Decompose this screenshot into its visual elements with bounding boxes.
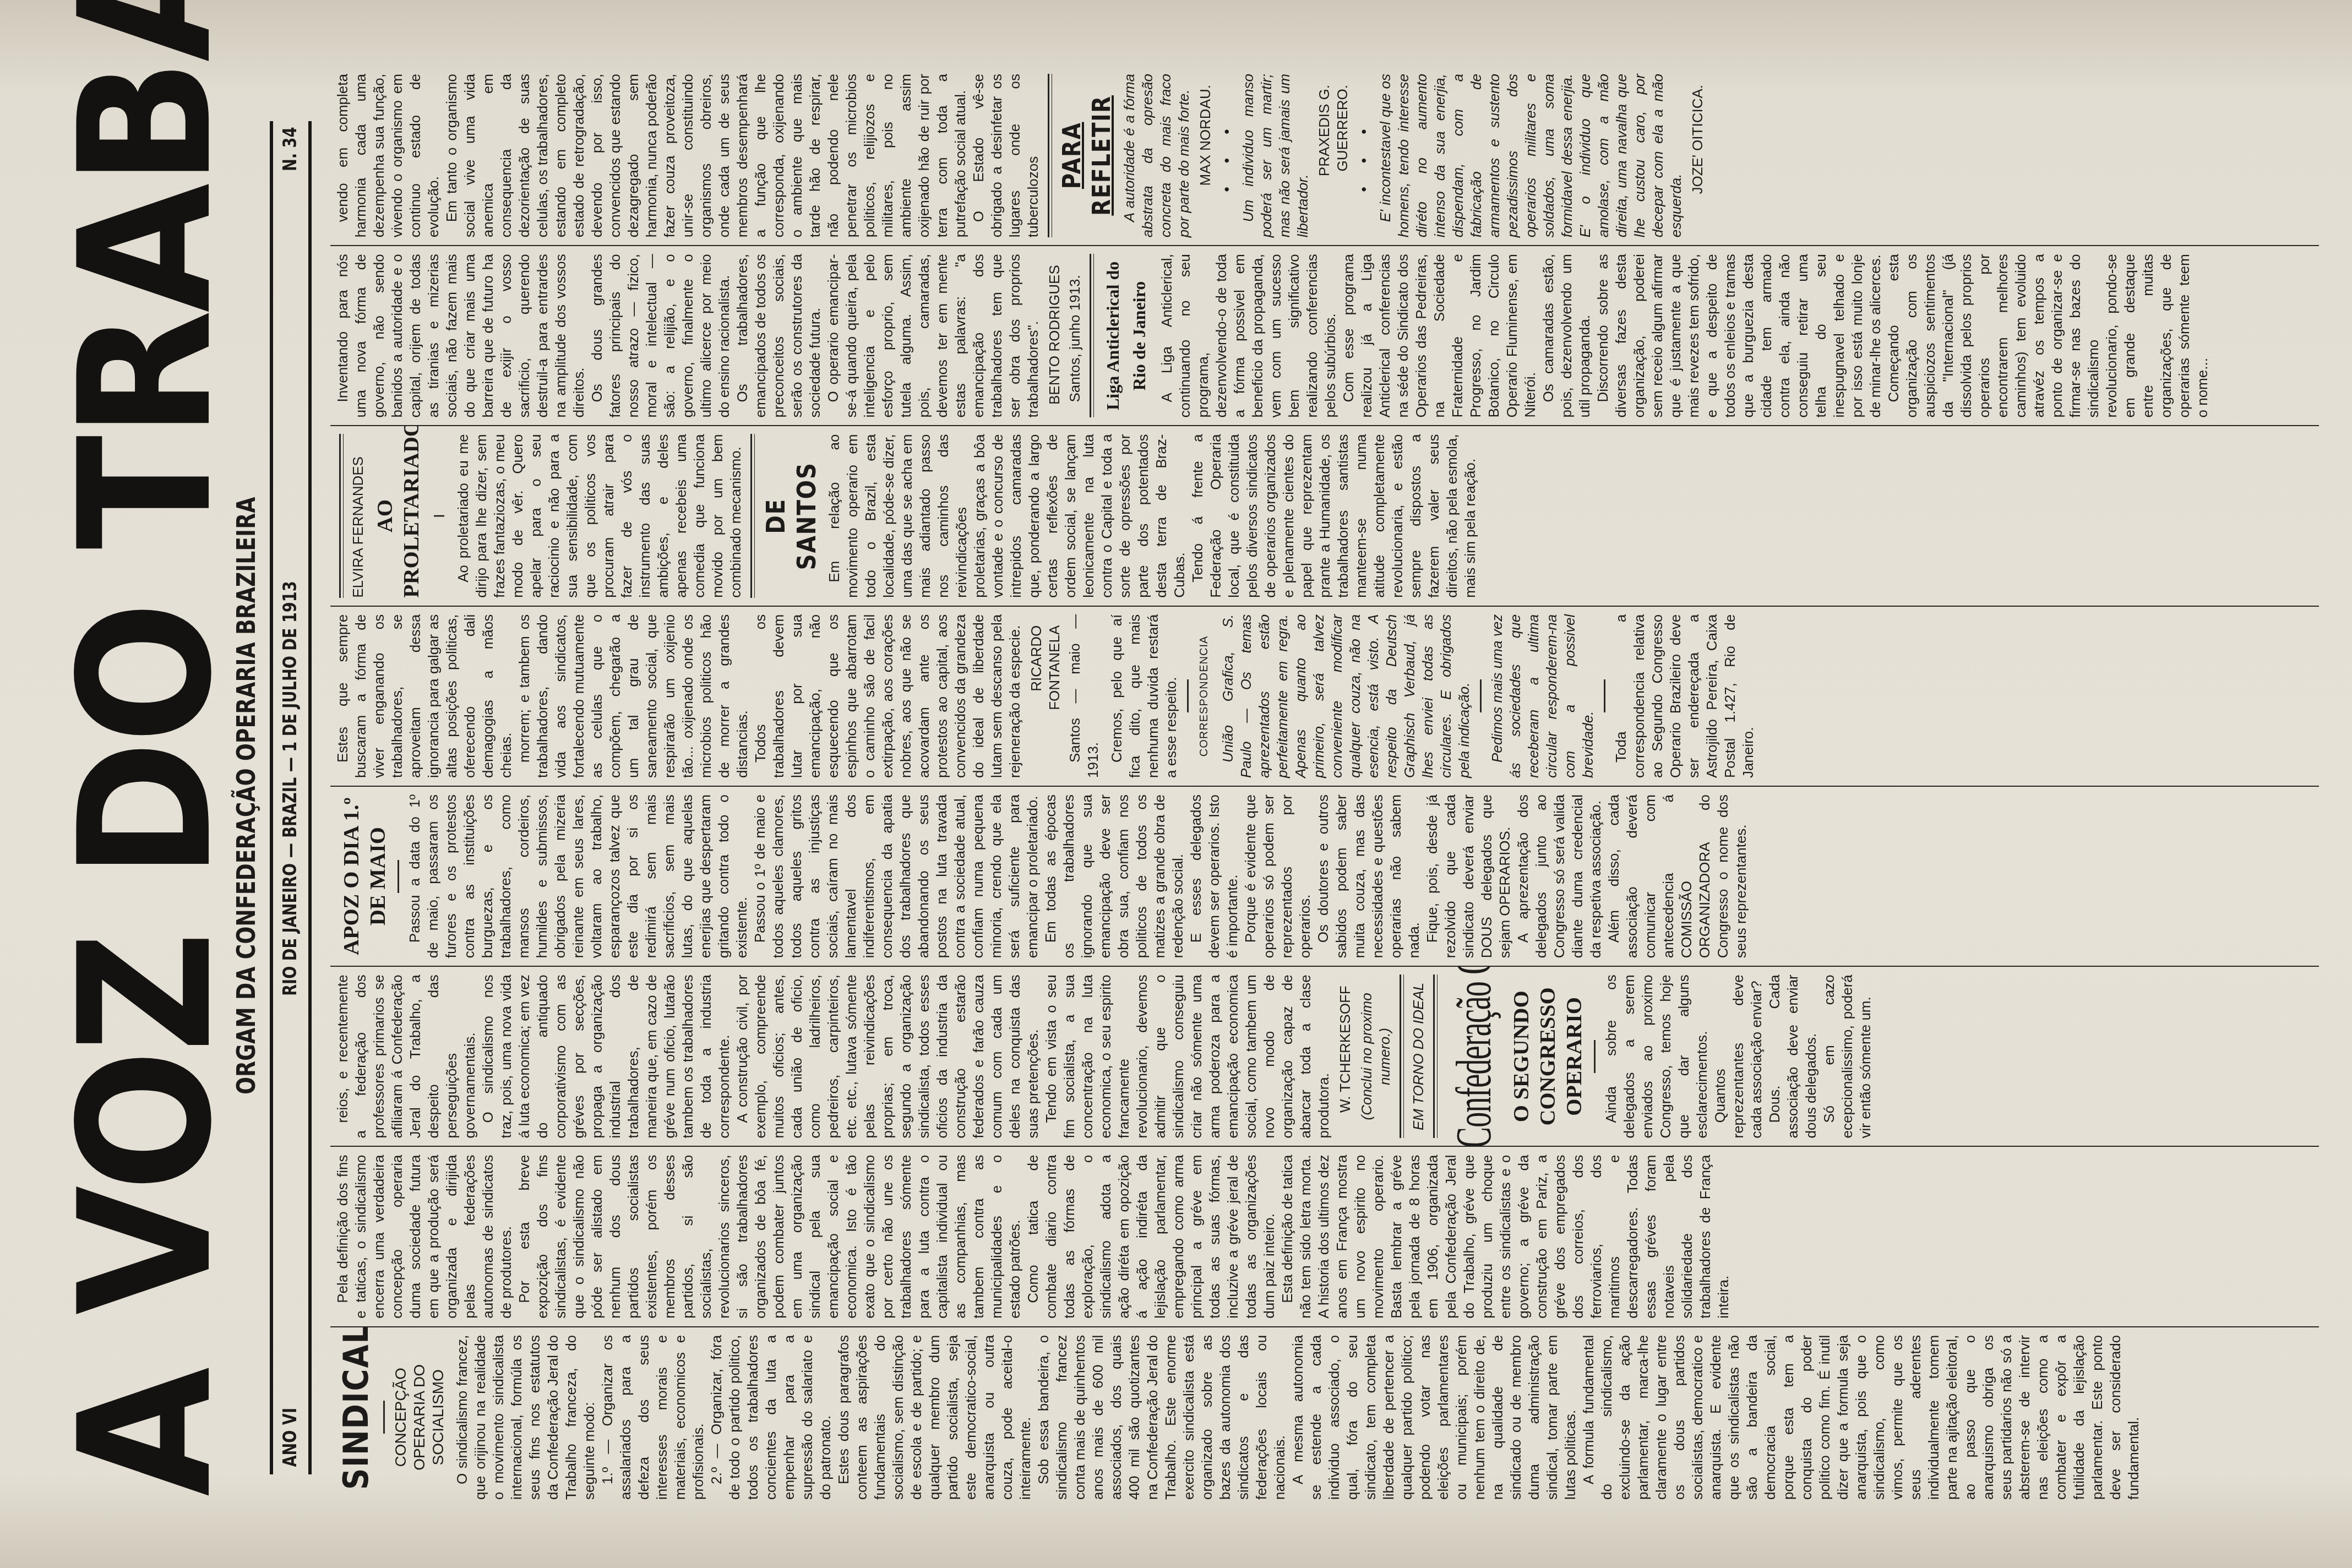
correspondencia-text: União Grafica, S. Paulo — Os temas aprez… — [1219, 614, 1473, 778]
paragraph: 1.º — Organizar os assalariados para a d… — [598, 1335, 707, 1500]
section-rule — [1048, 74, 1052, 237]
paragraph: 2.º — Organizar, fóra de todo o partido … — [707, 1335, 835, 1500]
paragraph: Os doutores e outros sabidos podem saber… — [1314, 794, 1423, 958]
paragraph: E esses delegados devem ser operarios. I… — [1187, 794, 1242, 958]
paragraph: Pela definição dos fins e taticas, o sin… — [334, 1155, 515, 1319]
paragraph: Além disso, cada associação deverá comun… — [1605, 794, 1750, 958]
paragraph: Só em cazo ecepcionalissimo, poderá vir … — [1820, 974, 1875, 1138]
paragraph: Por esta breve expozição dos fins sindic… — [515, 1155, 1024, 1319]
paragraph: Passou o 1º de maio e todos aqueles clam… — [751, 794, 1042, 958]
paragraph: Ao proletariado eu me dirijo para lhe di… — [454, 434, 745, 598]
quote-text: A autoridade é a fórma abstrata da opres… — [1120, 74, 1193, 237]
em-torno-kicker: EM TORNO DO IDEAL — [1409, 974, 1428, 1138]
part-number: I — [430, 434, 449, 598]
quote-author: MAX NORDAU. — [1196, 85, 1215, 237]
paragraph: Os camaradas estão, pois, dezenvolvendo … — [1539, 254, 1594, 417]
paragraph: Em todas as épocas os trabalhadores igno… — [1042, 794, 1187, 958]
separator — [383, 1401, 385, 1434]
column-4: APOZ O DIA 1.º DE MAIO Passou a data do … — [330, 787, 2319, 967]
paragraph: Tendo em vista o seu fim socialista, a s… — [1042, 974, 1333, 1138]
paragraph: Inventando para nós uma nova fórma de go… — [334, 254, 588, 417]
correspondencia-label: CORRESPONDENCIA — [1195, 614, 1213, 778]
paragraph: A Liga Anticlerical, continuando no seu … — [1158, 254, 1340, 417]
paragraph: Todos os trabalhadores devem lutar por s… — [752, 614, 1024, 778]
issue-number: N. 34 — [279, 127, 301, 171]
paragraph: Esta definição de tatica não tem sido le… — [1278, 1155, 1733, 1319]
paragraph: Discorrendo sobre as diversas fazes dest… — [1594, 254, 1885, 417]
dateline: Santos, junho 1913. — [1066, 254, 1084, 417]
author-byline: ELVIRA FERNANDES — [349, 445, 367, 598]
de-santos-heading: DE SANTOS — [760, 444, 822, 588]
separator — [1187, 679, 1189, 712]
paragraph: Sob essa bandeira, o sindicalismo france… — [1035, 1335, 1289, 1500]
masthead-rule — [270, 121, 273, 1474]
quote-separator: • • • — [1355, 74, 1373, 237]
quote-separator: • • • — [1218, 74, 1236, 237]
quote-author: JOZE' OITICICA. — [1689, 85, 1707, 237]
newspaper-title: A VOZ DO TRABALHADOR — [55, 170, 237, 1496]
column-6: ELVIRA FERNANDES AO PROLETARIADO I Ao pr… — [330, 427, 2319, 607]
separator — [398, 860, 399, 893]
paragraph: Dous. Cada associação deve enviar dous d… — [1766, 974, 1820, 1138]
section-rule — [339, 434, 344, 598]
column-5: Estes que sempre buscaram a fórma de viv… — [330, 607, 2319, 787]
paragraph: vendo em completa harmonia cada uma deze… — [334, 74, 443, 237]
paragraph: A formula fundamental do sindicalismo, e… — [1580, 1335, 2143, 1500]
paragraph: Como tatica de combate diario contra tod… — [1024, 1155, 1278, 1319]
column-7: Inventando para nós uma nova fórma de go… — [330, 246, 2319, 426]
paragraph: O operario emancipar-se-á quando queira,… — [824, 254, 1042, 417]
paragraph: Porque é evidente que operarios só podem… — [1242, 794, 1314, 958]
section-rule — [1090, 254, 1094, 417]
quote-text: Um individuo manso poderá ser um martir;… — [1239, 74, 1312, 237]
column-3: reios, e recentemente a federação dos pr… — [330, 967, 2319, 1147]
paragraph: O sindicalismo nos traz, pois, uma nova … — [479, 974, 733, 1138]
signature: BENTO RODRIGUES — [1046, 265, 1064, 417]
article-columns: SINDICALISMO CONCEPÇÃO OPERARIA DO SOCIA… — [330, 66, 2319, 1507]
newspaper-page: A VOZ DO TRABALHADOR ORGAM DA CONFEDERAÇ… — [0, 0, 2352, 1568]
separator — [1604, 679, 1605, 712]
paragraph: A construção civil, por exemplo, compree… — [733, 974, 1042, 1138]
paragraph: Começando esta organização com os auspic… — [1885, 254, 2212, 417]
masthead-bottom-rule — [308, 121, 312, 1474]
paragraph: O Estado vê-se obrigado a desinfetar os … — [970, 74, 1042, 237]
issue-info-bar: ANO VI RIO DE JANEIRO — BRAZIL — 1 DE JU… — [274, 121, 306, 1474]
paragraph: Passou a data do 1º de maio, passaram os… — [406, 794, 751, 958]
separator — [1480, 679, 1482, 712]
apoz-maio-heading: APOZ O DIA 1.º DE MAIO — [338, 794, 391, 958]
paragraph: Tendo á frente a Federação Operaria loca… — [1189, 434, 1479, 598]
continued-note: (Conclui no proximo numero.) — [1358, 974, 1394, 1138]
column-1: SINDICALISMO CONCEPÇÃO OPERARIA DO SOCIA… — [330, 1327, 2319, 1507]
paragraph: Os dous grandes fatores principais do no… — [588, 254, 733, 417]
sindicalismo-heading: SINDICALISMO — [336, 1345, 377, 1490]
year-label: ANO VI — [279, 1408, 301, 1467]
quote-author: PRAXEDIS G. GUERRERO. — [1315, 85, 1352, 237]
paragraph: Estes que sempre buscaram a fórma de viv… — [334, 614, 515, 778]
place-date: RIO DE JANEIRO — BRAZIL — 1 DE JULHO DE … — [279, 581, 301, 995]
notice-text: Toda a correspondencia relativa ao Segun… — [1612, 614, 1757, 778]
dateline: Santos — maio — 1913. — [1066, 614, 1102, 778]
paragraph: Fique, pois, desde já rezolvido que cada… — [1423, 794, 1514, 958]
paragraph: Quantos reprezentantes deve cada associa… — [1711, 974, 1766, 1138]
paragraph: Em relação ao movimento operario em todo… — [825, 434, 1189, 598]
sindicalismo-subheading: CONCEPÇÃO OPERARIA DO SOCIALISMO — [391, 1335, 448, 1500]
quote-text: E' incontestavel que os homens, tendo in… — [1376, 74, 1685, 237]
appeal-text: Pedimos mais uma vez ás sociedades que r… — [1488, 614, 1597, 778]
section-rule — [1400, 974, 1404, 1138]
paragraph: A aprezentação dos delegados junto ao Co… — [1514, 794, 1605, 958]
newspaper-subtitle: ORGAM DA CONFEDERAÇÃO OPERARIA BRAZILEIR… — [231, 497, 261, 1095]
paragraph: O sindicalismo francez, que orijinou na … — [453, 1335, 598, 1500]
paragraph: Cremos, pelo que aí fica dito, que mais … — [1108, 614, 1180, 778]
paragraph: Em tanto o organismo social vive uma vid… — [443, 74, 970, 237]
signature: RICARDO FONTANELA — [1027, 625, 1064, 778]
para-refletir-heading: PARA REFLETIR — [1058, 84, 1117, 228]
paragraph: Os trabalhadores, emancipados de todos o… — [733, 254, 824, 417]
paragraph: reios, e recentemente a federação dos pr… — [334, 974, 479, 1138]
liga-anticlerical-heading: Liga Anticlerical do Rio de Janeiro — [1099, 254, 1152, 417]
confederacao-headline: Confederação Operaria Brazileira — [1443, 967, 1504, 1147]
masthead: A VOZ DO TRABALHADOR ORGAM DA CONFEDERAÇ… — [0, 66, 308, 1524]
paragraph: A mesma autonomia se estende a cada indi… — [1289, 1335, 1580, 1500]
column-2: Pela definição dos fins e taticas, o sin… — [330, 1147, 2319, 1327]
paragraph: Estes dous paragrafos conteem as aspiraç… — [835, 1335, 1035, 1500]
paragraph: morrem; e tambem os trabalhadores, dando… — [515, 614, 752, 778]
paragraph: Ainda sobre os delegados a serem enviado… — [1602, 974, 1711, 1138]
signature: W. TCHERKESOFF — [1336, 986, 1354, 1138]
section-rule — [1433, 974, 1438, 1138]
congresso-subhead: O SEGUNDO CONGRESSO OPERARIO — [1508, 974, 1587, 1138]
separator — [1594, 1040, 1596, 1073]
column-8: vendo em completa harmonia cada uma deze… — [330, 66, 2319, 246]
paragraph: Com esse programa realizou já a Liga Ant… — [1340, 254, 1539, 417]
ao-proletariado-heading: AO PROLETARIADO — [372, 434, 424, 598]
section-rule — [750, 434, 755, 598]
